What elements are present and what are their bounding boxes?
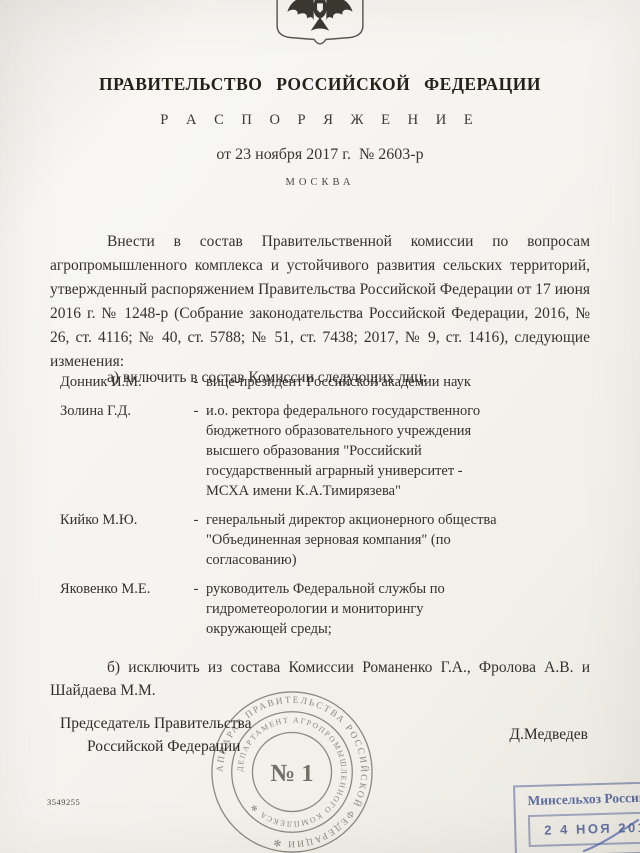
member-name: Кийко М.Ю. (60, 510, 186, 570)
member-role: вице-президент Российской академии наук (206, 372, 508, 392)
pen-mark (582, 818, 640, 853)
member-row: Кийко М.Ю. - генеральный директор акцион… (60, 510, 590, 570)
member-role: генеральный директор акционерного общест… (206, 510, 508, 570)
emblem-container (0, 0, 640, 48)
print-control-number: 3549255 (47, 797, 80, 807)
commission-members-list: Донник И.М. - вице-президент Российской … (60, 372, 590, 648)
received-stamp-org: Минсельхоз России (527, 789, 640, 809)
member-row: Золина Г.Д. - и.о. ректора федерального … (60, 401, 590, 501)
stamp-center-number: № 1 (270, 760, 313, 787)
member-name: Яковенко М.Е. (60, 579, 186, 639)
dash-separator: - (186, 372, 206, 392)
dash-separator: - (186, 401, 206, 501)
signer-name: Д.Медведев (509, 726, 588, 744)
date-and-number-line: от 23 ноября 2017 г. № 2603-р (0, 146, 640, 164)
dash-separator: - (186, 510, 206, 570)
member-name: Донник И.М. (60, 372, 186, 392)
government-title: ПРАВИТЕЛЬСТВО РОССИЙСКОЙ ФЕДЕРАЦИИ (0, 74, 640, 95)
city-label: МОСКВА (0, 177, 640, 188)
intro-paragraph: Внести в состав Правительственной комисс… (50, 230, 590, 374)
member-role: и.о. ректора федерального государственно… (206, 401, 508, 501)
member-name: Золина Г.Д. (60, 401, 186, 501)
round-seal-stamp: АППАРАТ ПРАВИТЕЛЬСТВА РОССИЙСКОЙ ФЕДЕРАЦ… (208, 688, 376, 853)
member-row: Донник И.М. - вице-президент Российской … (60, 372, 590, 392)
russia-coat-of-arms-icon (266, 0, 374, 48)
dash-separator: - (186, 579, 206, 639)
scanned-document-page: { "header": { "org": "ПРАВИТЕЛЬСТВО РОСС… (0, 0, 640, 853)
member-row: Яковенко М.Е. - руководитель Федеральной… (60, 579, 590, 639)
member-role: руководитель Федеральной службы по гидро… (206, 579, 508, 639)
document-type-heading: Р А С П О Р Я Ж Е Н И Е (0, 112, 640, 129)
